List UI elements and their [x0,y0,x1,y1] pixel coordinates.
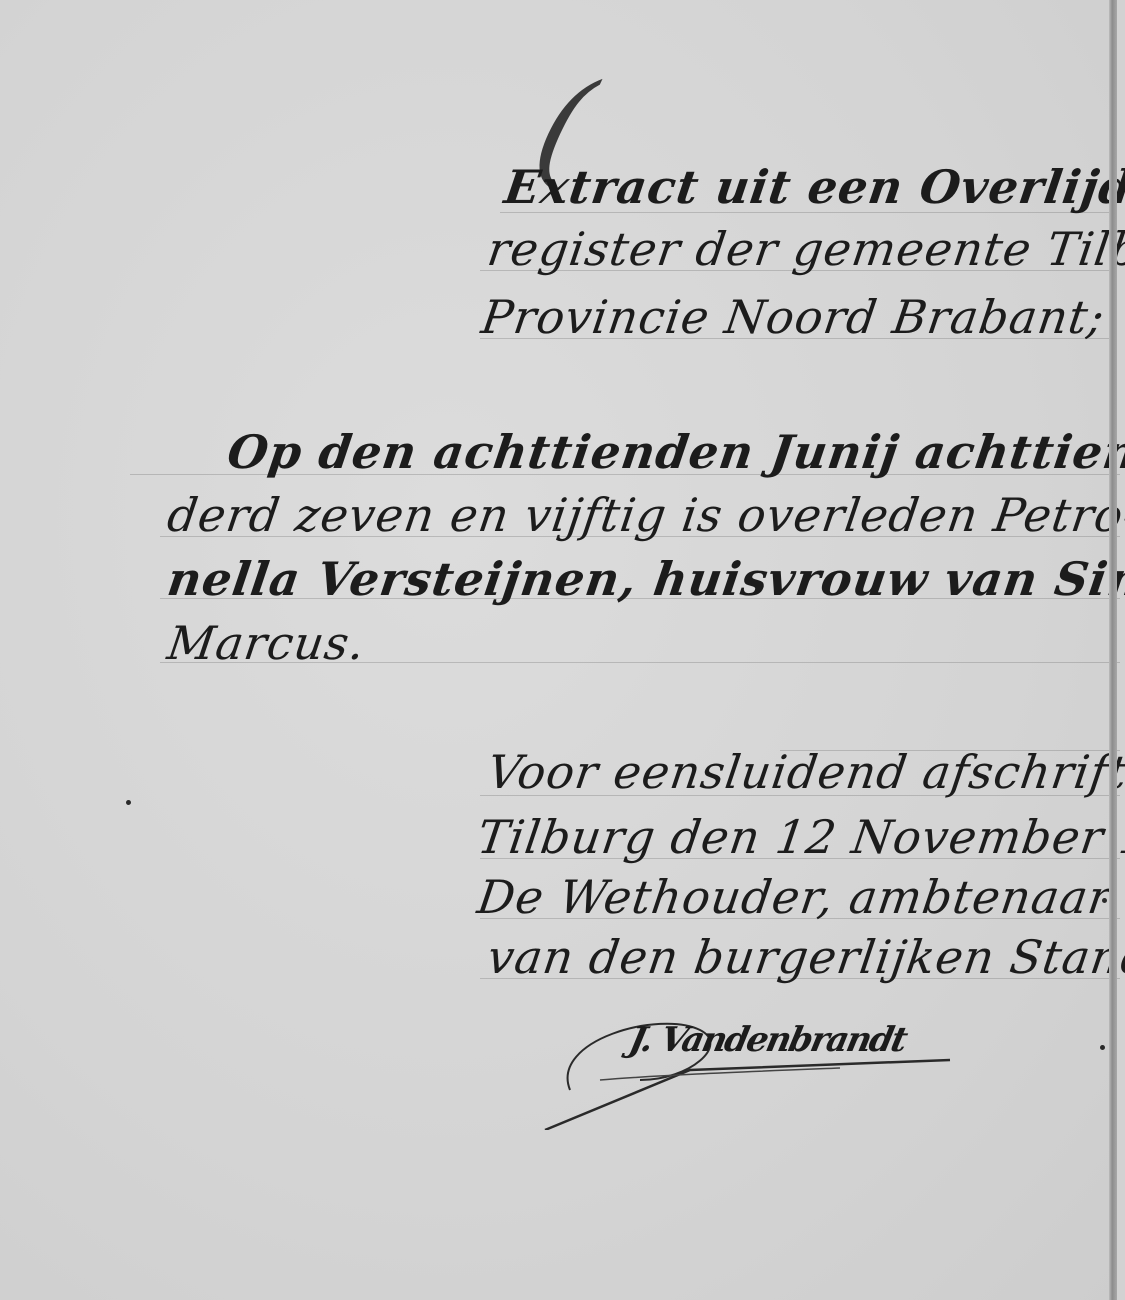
body-line-1: Op den achttienden Junij achttien hon- [224,425,1125,479]
ink-dot [1100,1045,1105,1050]
ink-dot [1102,898,1107,903]
body-line-4: Marcus. [164,616,369,670]
body-line-3: nella Versteijnen, huisvrouw van Simon [164,552,1125,606]
header-line-3: Provincie Noord Brabant; [478,290,1108,344]
signature: J. Vandenbrandt [540,1000,960,1130]
signature-text: J. Vandenbrandt [626,1020,910,1060]
header-line-2: register der gemeente Tilburg [484,222,1125,276]
closing-line-3: De Wethouder, ambtenaar [474,870,1115,924]
document-page: ( Extract uit een Overlijdens register d… [0,0,1117,1300]
closing-line-1: Voor eensluidend afschrift [484,745,1125,799]
ink-dot [126,800,131,805]
closing-line-4: van den burgerlijken Stand. [484,930,1125,984]
body-line-2: derd zeven en vijftig is overleden Petro… [164,488,1125,542]
header-line-1: Extract uit een Overlijdens [501,160,1125,214]
page-edge [1109,0,1117,1300]
closing-line-2: Tilburg den 12 November 1857. [474,810,1125,864]
